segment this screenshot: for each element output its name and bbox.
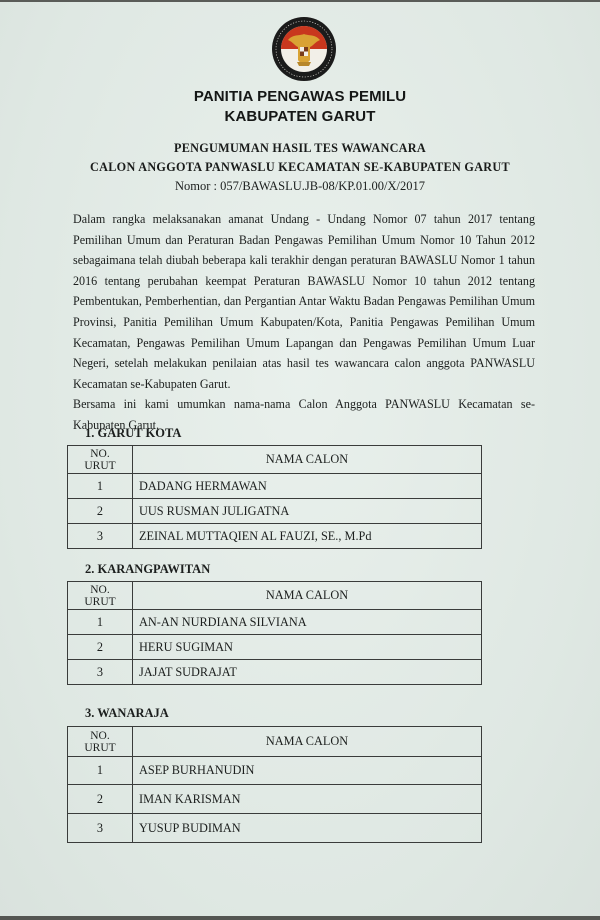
row-number: 3 (68, 524, 133, 549)
row-number: 3 (68, 814, 133, 843)
candidate-name: JAJAT SUDRAJAT (133, 660, 482, 685)
candidate-name: IMAN KARISMAN (133, 785, 482, 814)
column-header-no-urut: NO.URUT (68, 446, 133, 474)
table-header-row: NO.URUT NAMA CALON (68, 582, 482, 610)
table-row: 2UUS RUSMAN JULIGATNA (68, 499, 482, 524)
row-number: 1 (68, 474, 133, 499)
candidate-name: DADANG HERMAWAN (133, 474, 482, 499)
section-title-karangpawitan: 2. KARANGPAWITAN (85, 562, 210, 577)
scan-edge-bottom (0, 916, 600, 920)
document-number: Nomor : 057/BAWASLU.JB-08/KP.01.00/X/201… (0, 179, 600, 194)
garuda-emblem-icon (271, 16, 337, 82)
row-number: 1 (68, 757, 133, 785)
candidate-name: YUSUP BUDIMAN (133, 814, 482, 843)
column-header-nama-calon: NAMA CALON (133, 446, 482, 474)
table-row: 2IMAN KARISMAN (68, 785, 482, 814)
candidate-name: HERU SUGIMAN (133, 635, 482, 660)
column-header-nama-calon: NAMA CALON (133, 727, 482, 757)
body-text: Dalam rangka melaksanakan amanat Undang … (73, 209, 535, 436)
candidate-name: UUS RUSMAN JULIGATNA (133, 499, 482, 524)
document-page: PANITIA PENGAWAS PEMILU KABUPATEN GARUT … (0, 2, 600, 916)
table-row: 1ASEP BURHANUDIN (68, 757, 482, 785)
candidate-name: ASEP BURHANUDIN (133, 757, 482, 785)
column-header-no-urut: NO.URUT (68, 582, 133, 610)
table-row: 3JAJAT SUDRAJAT (68, 660, 482, 685)
column-header-no-urut: NO.URUT (68, 727, 133, 757)
candidate-table-wanaraja: NO.URUT NAMA CALON 1ASEP BURHANUDIN 2IMA… (67, 726, 482, 843)
candidate-name: AN-AN NURDIANA SILVIANA (133, 610, 482, 635)
table-row: 3ZEINAL MUTTAQIEN AL FAUZI, SE., M.Pd (68, 524, 482, 549)
row-number: 3 (68, 660, 133, 685)
candidate-name: ZEINAL MUTTAQIEN AL FAUZI, SE., M.Pd (133, 524, 482, 549)
table-row: 1DADANG HERMAWAN (68, 474, 482, 499)
row-number: 1 (68, 610, 133, 635)
section-title-wanaraja: 3. WANARAJA (85, 706, 169, 721)
column-header-nama-calon: NAMA CALON (133, 582, 482, 610)
row-number: 2 (68, 499, 133, 524)
section-title-garut-kota: 1. GARUT KOTA (85, 426, 181, 441)
table-row: 2HERU SUGIMAN (68, 635, 482, 660)
table-header-row: NO.URUT NAMA CALON (68, 727, 482, 757)
row-number: 2 (68, 635, 133, 660)
table-row: 1AN-AN NURDIANA SILVIANA (68, 610, 482, 635)
announcement-subtitle: CALON ANGGOTA PANWASLU KECAMATAN SE-KABU… (0, 160, 600, 175)
candidate-table-garut-kota: NO.URUT NAMA CALON 1DADANG HERMAWAN 2UUS… (67, 445, 482, 549)
org-name-line1: PANITIA PENGAWAS PEMILU (0, 88, 600, 105)
row-number: 2 (68, 785, 133, 814)
table-header-row: NO.URUT NAMA CALON (68, 446, 482, 474)
org-name-line2: KABUPATEN GARUT (0, 108, 600, 125)
paragraph-intro: Dalam rangka melaksanakan amanat Undang … (73, 209, 535, 394)
announcement-title: PENGUMUMAN HASIL TES WAWANCARA (0, 141, 600, 156)
candidate-table-karangpawitan: NO.URUT NAMA CALON 1AN-AN NURDIANA SILVI… (67, 581, 482, 685)
table-row: 3YUSUP BUDIMAN (68, 814, 482, 843)
